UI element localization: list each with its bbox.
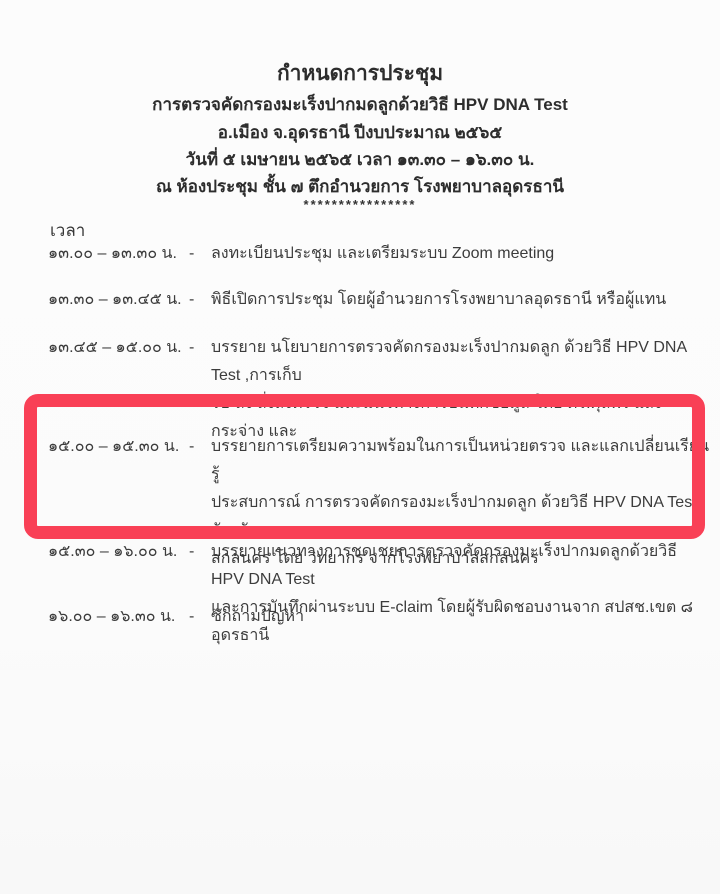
row-time: ๑๕.๐๐ – ๑๕.๓๐ น. <box>48 433 179 461</box>
description-line: พิธีเปิดการประชุม โดยผู้อำนวยการโรงพยาบา… <box>211 286 713 314</box>
row-description: ลงทะเบียนประชุม และเตรียมระบบ Zoom meeti… <box>211 240 713 268</box>
description-line: ลงทะเบียนประชุม และเตรียมระบบ Zoom meeti… <box>211 240 713 268</box>
description-line: บรรยาย นโยบายการตรวจคัดกรองมะเร็งปากมดลู… <box>211 334 713 390</box>
row-time: ๑๓.๔๕ – ๑๕.๐๐ น. <box>48 334 182 362</box>
row-time: ๑๖.๐๐ – ๑๖.๓๐ น. <box>48 603 175 631</box>
row-description: บรรยาย นโยบายการตรวจคัดกรองมะเร็งปากมดลู… <box>211 334 713 446</box>
row-dash: - <box>189 433 194 461</box>
row-dash: - <box>189 603 194 631</box>
row-dash: - <box>189 538 194 566</box>
doc-location-line: อ.เมือง จ.อุดรธานี ปีงบประมาณ ๒๕๖๕ <box>0 119 720 146</box>
description-line: ประสบการณ์ การตรวจคัดกรองมะเร็งปากมดลูก … <box>211 489 713 545</box>
description-line: บรรยายแนวทางการชดเชยการตรวจคัดกรองมะเร็ง… <box>211 538 713 594</box>
row-time: ๑๓.๓๐ – ๑๓.๔๕ น. <box>48 286 182 314</box>
doc-date-line: วันที่ ๕ เมษายน ๒๕๖๕ เวลา ๑๓.๓๐ – ๑๖.๓๐ … <box>0 146 720 173</box>
description-line: ซักถามปัญหา <box>211 603 713 631</box>
row-description: พิธีเปิดการประชุม โดยผู้อำนวยการโรงพยาบา… <box>211 286 713 314</box>
separator-stars: **************** <box>0 197 720 212</box>
doc-venue-line: ณ ห้องประชุม ชั้น ๗ ตึกอำนวยการ โรงพยาบา… <box>0 173 720 200</box>
row-dash: - <box>189 334 194 362</box>
doc-title: กำหนดการประชุม <box>0 57 720 90</box>
row-description: บรรยายแนวทางการชดเชยการตรวจคัดกรองมะเร็ง… <box>211 538 713 650</box>
row-dash: - <box>189 240 194 268</box>
row-description: ซักถามปัญหา <box>211 603 713 631</box>
row-time: ๑๕.๓๐ – ๑๖.๐๐ น. <box>48 538 177 566</box>
description-line: บรรยายการเตรียมความพร้อมในการเป็นหน่วยตร… <box>211 433 713 489</box>
row-time: ๑๓.๐๐ – ๑๓.๓๐ น. <box>48 240 177 268</box>
doc-subtitle: การตรวจคัดกรองมะเร็งปากมดลูกด้วยวิธี HPV… <box>0 91 720 118</box>
row-dash: - <box>189 286 194 314</box>
document-page: กำหนดการประชุม การตรวจคัดกรองมะเร็งปากมด… <box>0 0 720 894</box>
